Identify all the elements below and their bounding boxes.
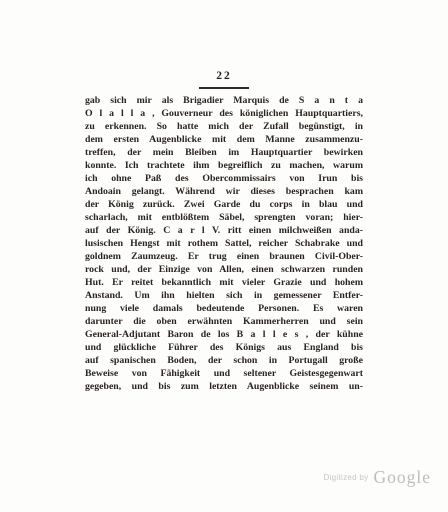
text-line: der König zurück. Zwei Garde du corps in…: [85, 198, 363, 211]
body-text-block: gab sich mir als Brigadier Marquis de S …: [85, 94, 363, 393]
text-line: O l a l l a , Gouverneur des königlichen…: [85, 107, 363, 120]
text-line: treffen, der mein Bleiben im Hauptquarti…: [85, 146, 363, 159]
text-line: konnte. Ich trachtete ihm begreiflich zu…: [85, 159, 363, 172]
text-line: scharlach, mit entblößtem Säbel, sprengt…: [85, 211, 363, 224]
text-line: und glückliche Führer des Königs aus Eng…: [85, 341, 363, 354]
text-line: nung viele damals bedeutende Personen. E…: [85, 302, 363, 315]
text-line: auf der König. C a r l V. ritt einen mil…: [85, 224, 363, 237]
text-line: ich ohne Paß des Obercommissairs von Iru…: [85, 172, 363, 185]
text-line: Anstand. Um ihn hielten sich in gemessen…: [85, 289, 363, 302]
page-number: 22: [216, 70, 232, 82]
text-line: lusischen Hengst mit rothem Sattel, reic…: [85, 237, 363, 250]
text-line: Andoain gelangt. Während wir dieses besp…: [85, 185, 363, 198]
text-line: goldnem Zaumzeug. Er trug einen braunen …: [85, 250, 363, 263]
google-watermark: Digitized byGoogle: [324, 467, 431, 488]
text-line: gab sich mir als Brigadier Marquis de S …: [85, 94, 363, 107]
watermark-prefix-text: Digitized by: [324, 473, 369, 482]
text-line: auf spanischen Boden, der schon in Portu…: [85, 354, 363, 367]
google-logo: Google: [373, 467, 431, 487]
text-line: General-Adjutant Baron de los B a l l e …: [85, 328, 363, 341]
text-line: darunter die oben erwähnten Kammerherren…: [85, 315, 363, 328]
text-line: Beweise von Fähigkeit und seltener Geist…: [85, 367, 363, 380]
text-line: rock und, der Einzige von Allen, einen s…: [85, 263, 363, 276]
text-line: zu erkennen. So hatte mich der Zufall be…: [85, 120, 363, 133]
page-header: 22: [85, 66, 363, 89]
text-line: gegeben, und bis zum letzten Augenblicke…: [85, 380, 363, 393]
text-line: Hut. Er reitet bekanntlich mit vieler Gr…: [85, 276, 363, 289]
scanned-book-page: 22 gab sich mir als Brigadier Marquis de…: [0, 0, 448, 512]
text-line: dem ersten Augenblicke mit dem Manne zus…: [85, 133, 363, 146]
page-number-rule: [199, 87, 249, 89]
